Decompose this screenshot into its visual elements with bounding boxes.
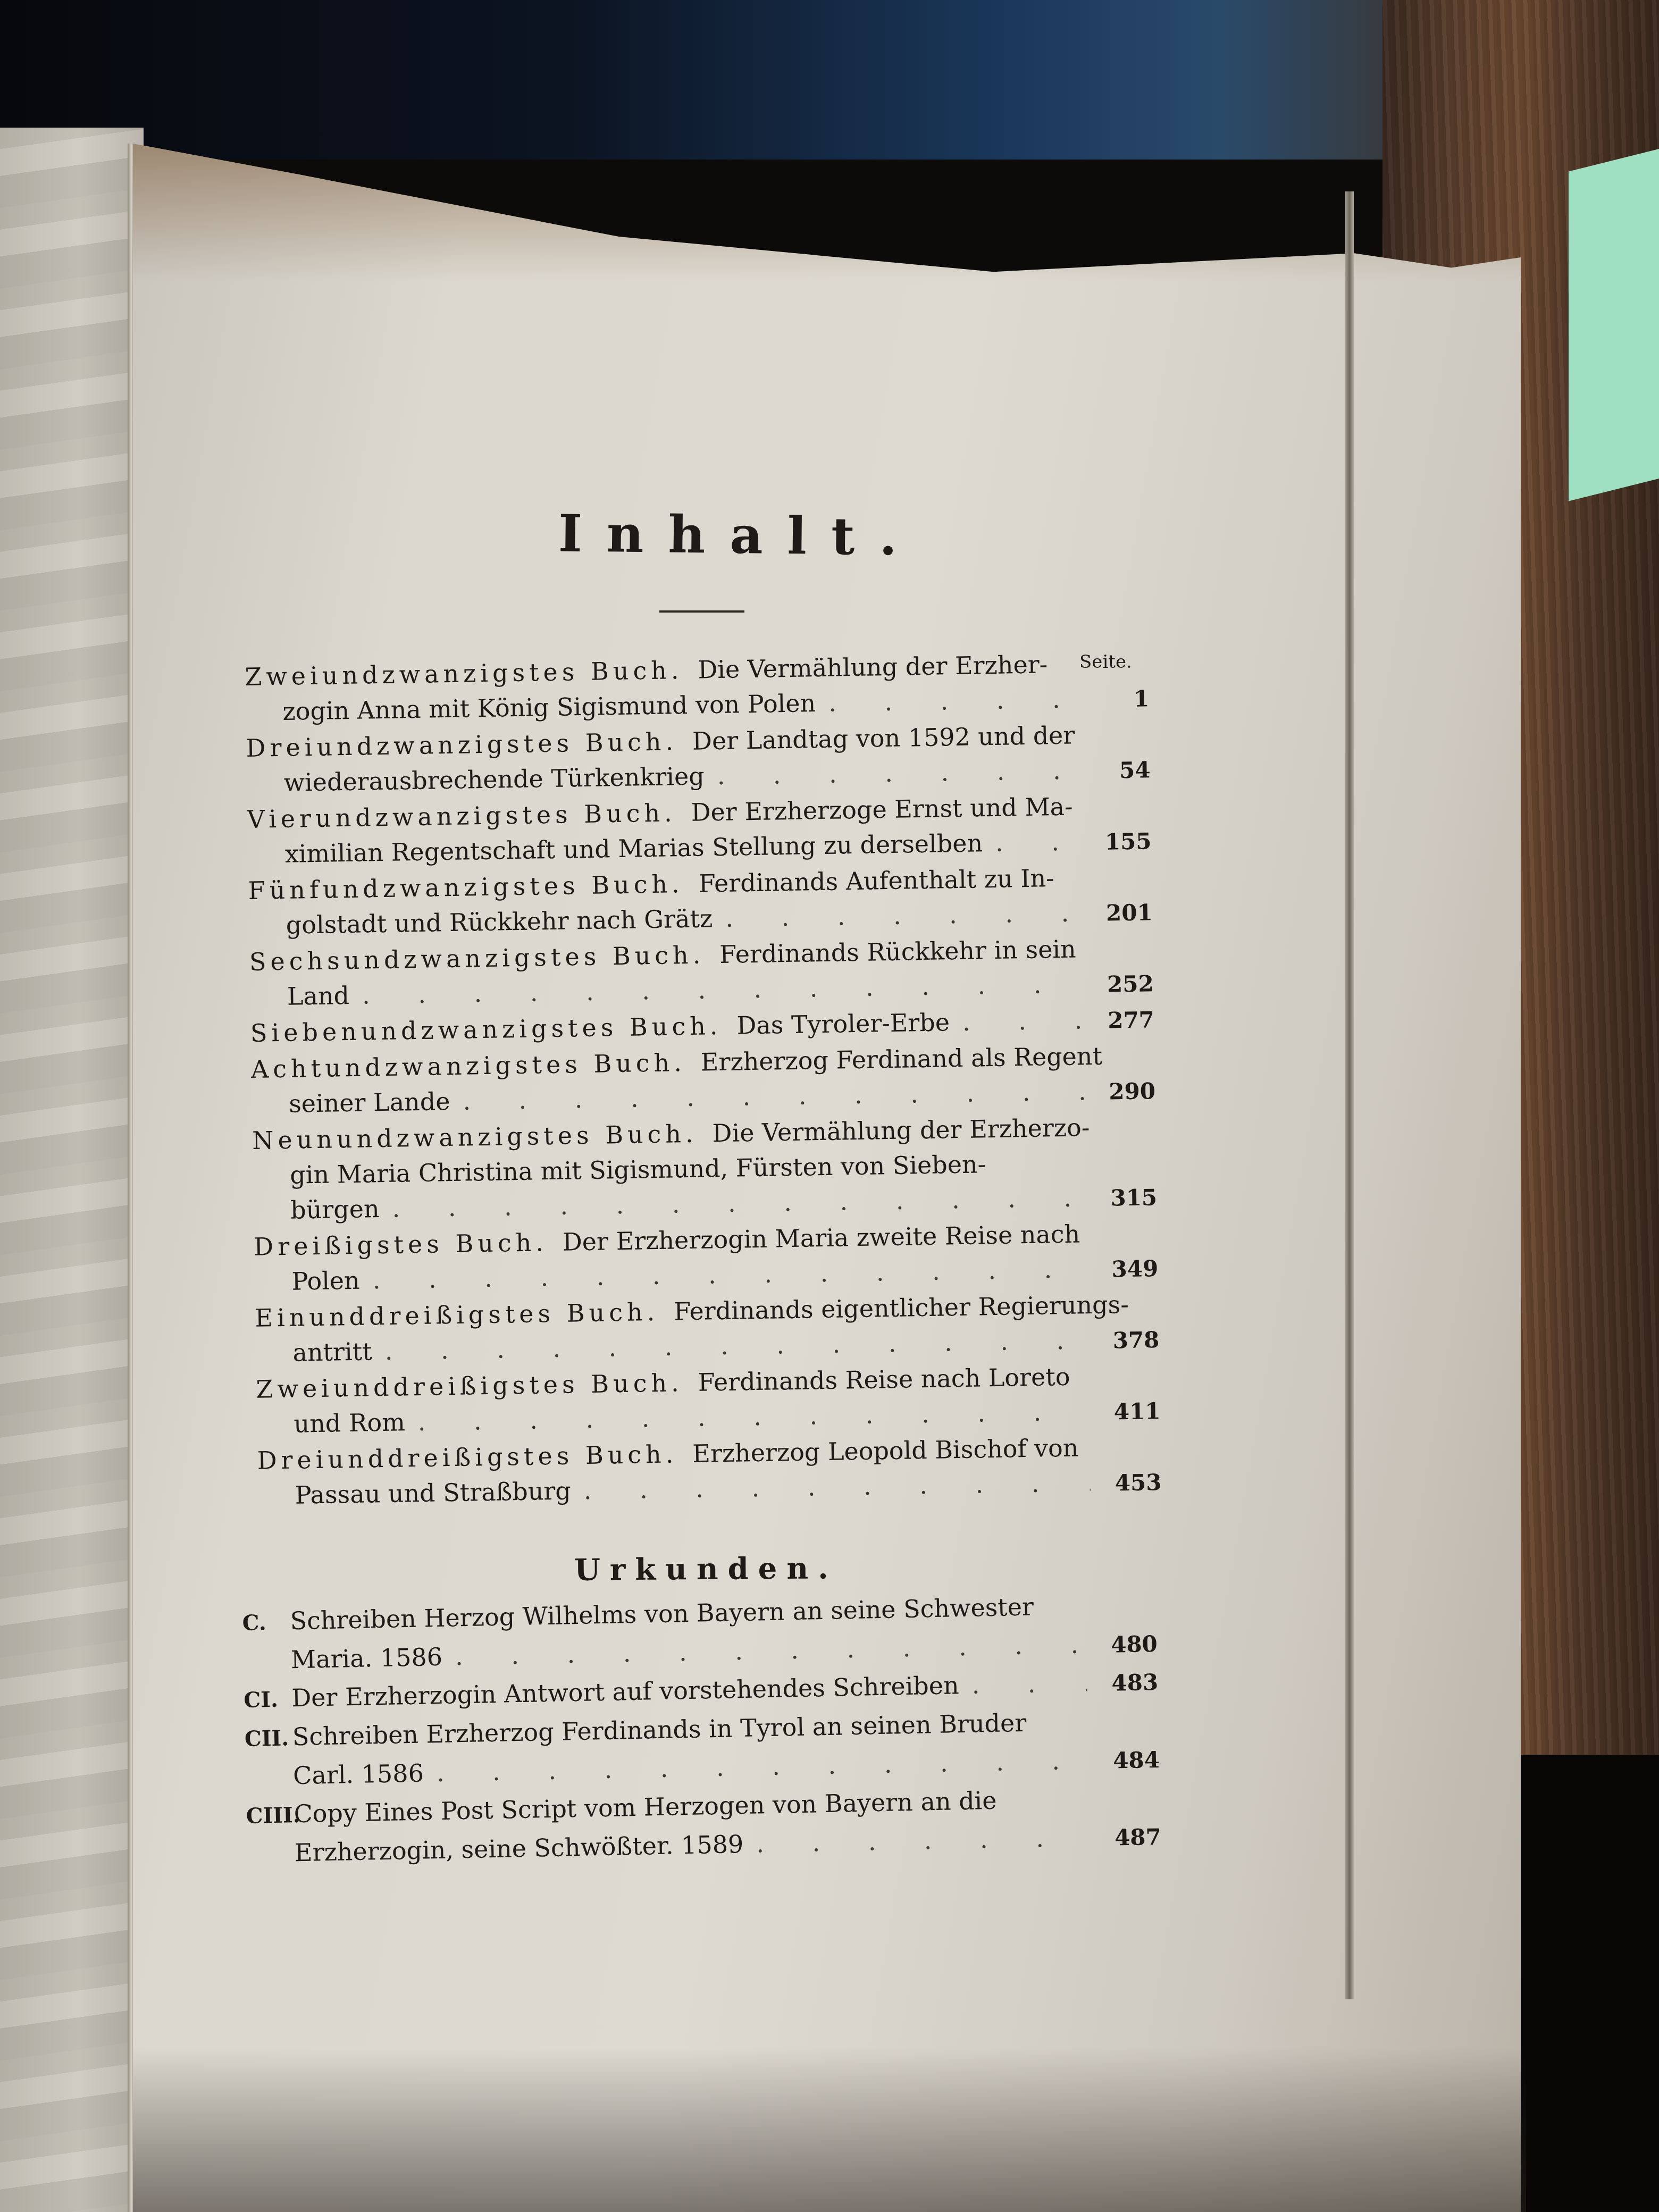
page-number: 484 — [1101, 1741, 1160, 1780]
leader-dots — [828, 681, 1078, 720]
leader-dots — [962, 1002, 1083, 1040]
toc-entry: Fünfundzwanzigstes Buch.Ferdinands Aufen… — [248, 859, 1153, 944]
chapter-title-continued: wiederausbrechende Türkenkrieg — [283, 758, 705, 800]
book-number: Dreiundzwanzigstes Buch. — [246, 727, 677, 763]
book-number: Vierundzwanzigstes Buch. — [247, 798, 676, 834]
chapter-title: Das Tyroler-Erbe — [736, 1004, 950, 1043]
title-divider — [659, 610, 744, 613]
chapter-title: Erzherzog Ferdinand als Regent — [700, 1042, 1102, 1077]
book-number: Achtundzwanzigstes Buch. — [251, 1048, 686, 1084]
book-number: Sechsundzwanzigstes Buch. — [249, 940, 705, 976]
document-title-continued: Carl. 1586 — [293, 1755, 424, 1795]
book-number: Fünfundzwanzigstes Buch. — [248, 869, 684, 905]
page-number: 54 — [1092, 752, 1151, 789]
chapter-title: Ferdinands Reise nach Loreto — [698, 1362, 1070, 1397]
page-title: Inhalt. — [558, 503, 921, 567]
toc-entry: Zweiunddreißigstes Buch.Ferdinands Reise… — [256, 1358, 1161, 1443]
page-number: 411 — [1102, 1394, 1161, 1430]
leader-dots — [756, 1819, 1090, 1862]
chapter-title: Die Vermählung der Erzher- — [698, 650, 1048, 684]
document-title-continued: Maria. 1586 — [290, 1638, 442, 1678]
chapter-title: Der Erzherzoge Ernst und Ma- — [691, 792, 1073, 827]
page-number: 290 — [1096, 1074, 1155, 1110]
table-of-contents: Zweiundzwanzigstes Buch.Die Vermählung d… — [245, 644, 1204, 1514]
book-number: Siebenundzwanzigstes Buch. — [250, 1008, 722, 1051]
document-numeral: CIII. — [246, 1797, 294, 1835]
chapter-title-continued: seiner Lande — [289, 1084, 450, 1121]
toc-entry: Sechsundzwanzigstes Buch.Ferdinands Rück… — [249, 930, 1154, 1016]
page-text: Inhalt. Seite. Zweiundzwanzigstes Buch.D… — [0, 0, 1659, 2212]
toc-entry: Dreiundzwanzigstes Buch.Der Landtag von … — [246, 716, 1151, 802]
page-number: 349 — [1100, 1251, 1159, 1287]
chapter-title: Der Erzherzogin Maria zweite Reise nach — [563, 1219, 1080, 1256]
toc-entry: Achtundzwanzigstes Buch.Erzherzog Ferdin… — [251, 1037, 1156, 1123]
chapter-title-continued: und Rom — [294, 1404, 405, 1441]
chapter-title-continued: antritt — [292, 1334, 372, 1370]
document-numeral: CII. — [244, 1720, 292, 1758]
page-number: 277 — [1095, 1002, 1154, 1038]
chapter-title: Die Vermählung der Erzherzo- — [712, 1113, 1090, 1147]
chapter-title-continued: golstadt und Rückkehr nach Grätz — [286, 901, 713, 943]
documents-heading: Urkunden. — [574, 1551, 838, 1587]
chapter-title: Ferdinands eigentlicher Regierungs- — [674, 1290, 1129, 1326]
document-title-continued: Erzherzogin, seine Schwößter. 1589 — [294, 1825, 743, 1871]
leader-dots — [725, 895, 1082, 936]
leader-dots — [583, 1465, 1091, 1508]
toc-entry: Vierundzwanzigstes Buch.Der Erzherzoge E… — [247, 787, 1152, 873]
page-number: 378 — [1101, 1322, 1160, 1359]
chapter-title: Erzherzog Leopold Bischof von — [692, 1434, 1079, 1468]
page-number: 315 — [1099, 1180, 1158, 1216]
document-numeral: CI. — [244, 1681, 292, 1719]
toc-entry: Dreiunddreißigstes Buch.Erzherzog Leopol… — [257, 1429, 1162, 1514]
page-number: 453 — [1103, 1465, 1162, 1501]
book-number: Zweiundzwanzigstes Buch. — [245, 656, 683, 691]
chapter-title: Ferdinands Rückkehr in sein — [719, 935, 1076, 969]
page-number: 201 — [1094, 895, 1153, 931]
leader-dots — [995, 824, 1080, 860]
book-number: Zweiunddreißigstes Buch. — [256, 1368, 683, 1404]
chapter-title-continued: bürgen — [290, 1191, 380, 1228]
toc-entry: Dreißigstes Buch.Der Erzherzogin Maria z… — [254, 1215, 1159, 1301]
toc-entry: Zweiundzwanzigstes Buch.Die Vermählung d… — [245, 645, 1150, 731]
documents-list: C.Schreiben Herzog Wilhelms von Bayern a… — [242, 1585, 1199, 1873]
chapter-title-continued: Land — [287, 978, 349, 1014]
book-number: Neunundzwanzigstes Buch. — [252, 1119, 698, 1155]
chapter-title: Der Landtag von 1592 und der — [692, 720, 1075, 755]
page-number: 483 — [1100, 1664, 1159, 1702]
page-number: 487 — [1102, 1819, 1161, 1857]
toc-entry: Neunundzwanzigstes Buch.Die Vermählung d… — [252, 1109, 1158, 1229]
chapter-title: Ferdinands Aufenthalt zu In- — [698, 864, 1054, 898]
toc-entry: Einunddreißigstes Buch.Ferdinands eigent… — [255, 1286, 1160, 1372]
chapter-title-continued: Passau und Straßburg — [295, 1473, 571, 1513]
book-number: Einunddreißigstes Buch. — [255, 1297, 659, 1333]
leader-dots — [717, 752, 1079, 793]
page-number: 1 — [1091, 681, 1150, 717]
leader-dots — [971, 1664, 1087, 1704]
page-number: 252 — [1095, 966, 1154, 1002]
page-number: 155 — [1093, 824, 1152, 860]
chapter-title-continued: Polen — [291, 1263, 360, 1299]
book-number: Dreiunddreißigstes Buch. — [257, 1439, 678, 1474]
book-number: Dreißigstes Buch. — [254, 1228, 548, 1261]
page-number: 480 — [1099, 1626, 1158, 1664]
document-numeral: C. — [242, 1604, 290, 1642]
